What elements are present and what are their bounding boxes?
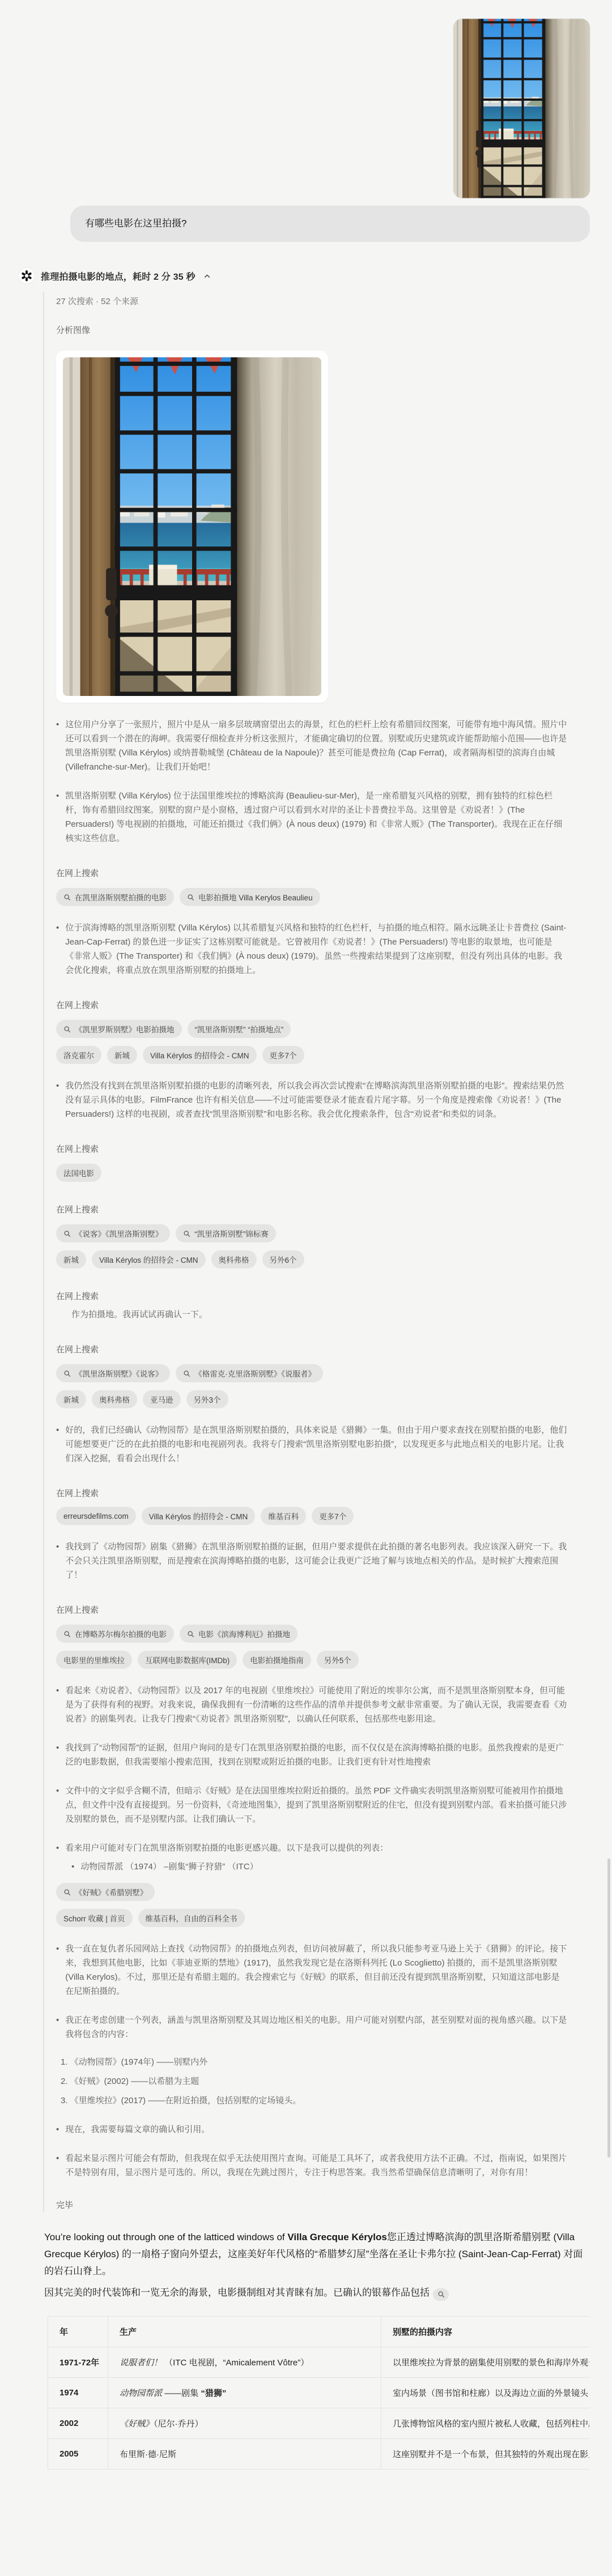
source-label: Villa Kérylos 的招待会 - CMN — [150, 1049, 249, 1061]
table-row: 2002《好贼》（尼尔·乔丹）几张博物馆风格的室内照片被私人收藏，包括列柱中庭 — [48, 2408, 590, 2439]
user-question-text: 有哪些电影在这里拍摄? — [85, 218, 186, 229]
cell-villa-content: 室内场景（图书馆和柱廊）以及海边立面的外景镜头 — [381, 2378, 590, 2408]
numbered-list-item: 1. 《动物园帮》(1974年) ——别墅内外 — [56, 2055, 583, 2069]
table-header-cell: 年 — [48, 2317, 108, 2347]
source-chip[interactable]: 更多7个 — [262, 1046, 304, 1064]
reasoning-bullet: •看起来《劝说者》、《动物园帮》以及 2017 年的电视剧《里维埃拉》可能使用了… — [56, 1684, 567, 1726]
search-query-chips-row: 在凯里洛斯别墅拍摄的电影电影拍摄地 Villa Kerylos Beaulieu — [56, 888, 583, 906]
source-label: Villa Kérylos 的招待会 - CMN — [99, 1254, 198, 1265]
source-label: Schorr 收藏 | 首页 — [63, 1912, 125, 1924]
search-icon — [187, 1630, 194, 1638]
search-icon — [187, 894, 194, 901]
reasoning-title: 推理拍摄电影的地点，耗时 2 分 35 秒 — [41, 270, 195, 283]
cell-production: 说服者们！ （ITC 电视剧，“Amicalement Vôtre”） — [108, 2347, 381, 2378]
reasoning-done-label: 完毕 — [56, 2199, 583, 2211]
search-query-chip[interactable]: 《说客》《凯里洛斯别墅》 — [56, 1224, 170, 1242]
source-label: 维基百科，自由的百科全书 — [146, 1912, 237, 1924]
source-chip[interactable]: 电影里的里维埃拉 — [56, 1651, 132, 1669]
bullet-dot-icon: • — [56, 1423, 59, 1466]
search-icon — [183, 1230, 190, 1237]
source-label: 互联网电影数据库(IMDb) — [145, 1654, 229, 1665]
source-label: 新城 — [63, 1394, 79, 1405]
search-icon — [183, 1370, 190, 1377]
bullet-dot-icon: • — [56, 921, 59, 977]
search-icon — [63, 1026, 71, 1033]
search-query-label: 在凯里洛斯别墅拍摄的电影 — [75, 891, 167, 903]
cell-production: 《好贼》（尼尔·乔丹） — [108, 2408, 381, 2439]
search-query-chip[interactable]: 电影《滨海博利厄》拍摄地 — [180, 1625, 297, 1643]
assistant-logo-icon — [19, 268, 35, 284]
source-chip[interactable]: 另外3个 — [186, 1390, 228, 1408]
search-query-chips-row: 《好贼》《希腊别墅》 — [56, 1883, 583, 1901]
web-search-section-label: 在网上搜索 — [56, 1604, 583, 1616]
source-label: erreursdefilms.com — [63, 1512, 129, 1520]
reasoning-bullet-text: 位于滨海博略的凯里洛斯别墅 (Villa Kérylos) 以其希腊复兴风格和独… — [65, 921, 567, 977]
reasoning-bullet-text: 现在，我需要每篇文章的确认和引用。 — [65, 2122, 210, 2137]
source-label: 另外5个 — [324, 1654, 351, 1665]
source-label: 另外6个 — [270, 1254, 297, 1265]
search-icon — [63, 1630, 71, 1638]
cell-year: 2005 — [48, 2439, 108, 2470]
reasoning-bullet-text: 我仍然没有找到在凯里洛斯别墅拍摄的电影的清晰列表，所以我会再次尝试搜索“在博略滨… — [65, 1079, 567, 1121]
source-chip[interactable]: Villa Kérylos 的招待会 - CMN — [143, 1046, 257, 1064]
source-chip[interactable]: 维基百科，自由的百科全书 — [138, 1909, 245, 1927]
bullet-dot-icon: • — [71, 1860, 74, 1874]
reasoning-bullet-text: 文件中的文字似乎含糊不清，但暗示《好贼》是在法国里维埃拉附近拍摄的。虽然 PDF… — [65, 1784, 567, 1826]
source-chips-row: 洛克霍尔新城Villa Kérylos 的招待会 - CMN更多7个 — [56, 1046, 583, 1064]
source-chips-row: erreursdefilms.comVilla Kérylos 的招待会 - C… — [56, 1507, 583, 1525]
production-episode: “猎狮” — [201, 2389, 226, 2398]
reasoning-bullet: •我仍然没有找到在凯里洛斯别墅拍摄的电影的清晰列表，所以我会再次尝试搜索“在博略… — [56, 1079, 567, 1121]
production-detail: ——剧集 — [162, 2389, 201, 2398]
source-label: 另外3个 — [194, 1394, 221, 1405]
reasoning-bullet-text: 我找到了“动物园帮”的证据，但用户询问的是专门在凯里洛别墅拍摄的电影，而不仅仅是… — [65, 1741, 567, 1769]
reasoning-bullet-text: 凯里洛斯别墅 (Villa Kérylos) 位于法国里维埃拉的博略滨海 (Be… — [65, 789, 567, 845]
source-chip[interactable]: 互联网电影数据库(IMDb) — [138, 1651, 237, 1669]
assistant-answer: You’re looking out through one of the la… — [44, 2229, 589, 2301]
reasoning-bullet-text: 我一直在复仇者乐园网站上查找《动物园帮》的拍摄地点列表，但访问被屏蔽了，所以我只… — [65, 1942, 567, 1998]
search-query-chips-row: 在博略苏尔梅尔拍摄的电影电影《滨海博利厄》拍摄地 — [56, 1625, 583, 1643]
search-query-chip[interactable]: 在博略苏尔梅尔拍摄的电影 — [56, 1625, 174, 1643]
bullet-dot-icon: • — [56, 2013, 59, 2041]
search-icon — [63, 894, 71, 901]
source-chip[interactable]: 新城 — [56, 1390, 86, 1408]
reasoning-sub-bullet: •动物园帮派 （1974） –剧集“狮子狩猎” （ITC） — [71, 1860, 583, 1874]
search-query-label: 在博略苏尔梅尔拍摄的电影 — [75, 1628, 167, 1639]
search-query-chip[interactable]: 电影拍摄地 Villa Kerylos Beaulieu — [180, 888, 320, 906]
production-title: 说服者们！ — [120, 2358, 162, 2368]
production-title: 动物园帮派 — [120, 2389, 162, 2398]
cell-production: 布里斯·德·尼斯 — [108, 2439, 381, 2470]
answer-intro-en: You’re looking out through one of the la… — [44, 2232, 287, 2242]
source-label: 洛克霍尔 — [63, 1049, 94, 1061]
reasoning-bullet: •这位用户分享了一张照片，照片中是从一扇多层玻璃窗望出去的海景，红色的栏杆上绘有… — [56, 717, 567, 774]
search-query-label: “凯里洛斯别墅”锦标赛 — [194, 1228, 269, 1239]
bullet-dot-icon: • — [56, 1079, 59, 1121]
reasoning-bullet-text: 我正在考虑创建一个列表，涵盖与凯里洛斯别墅及其周边地区相关的电影。用户可能对别墅… — [65, 2013, 567, 2041]
reasoning-bullet-text: 看起来显示图片可能会有帮助，但我现在似乎无法使用图片查询。可能是工具坏了，或者我… — [65, 2151, 567, 2180]
reasoning-bullet: •我找到了《动物园帮》剧集《猎狮》在凯里洛斯别墅拍摄的证据，但用户要求提供在此拍… — [56, 1540, 567, 1582]
source-chip[interactable]: 另外6个 — [262, 1250, 304, 1268]
source-chip[interactable]: Villa Kérylos 的招待会 - CMN — [92, 1250, 206, 1268]
source-chip[interactable]: 新城 — [56, 1250, 86, 1268]
search-query-label: 法国电影 — [63, 1167, 94, 1178]
reasoning-bullet: •看起来显示图片可能会有帮助，但我现在似乎无法使用图片查询。可能是工具坏了，或者… — [56, 2151, 567, 2180]
reasoning-timeline: 27 次搜索 · 52 个来源 分析图像 •这位用户分享了一张照片，照片中是从一… — [43, 292, 583, 2212]
reasoning-bullet: •文件中的文字似乎含糊不清，但暗示《好贼》是在法国里维埃拉附近拍摄的。虽然 PD… — [56, 1784, 567, 1826]
source-label: 奥科弗格 — [99, 1394, 130, 1405]
source-chips-row: Schorr 收藏 | 首页维基百科，自由的百科全书 — [56, 1909, 583, 1927]
window-sea-view-photo — [453, 19, 590, 198]
numbered-list-item: 3. 《里维埃拉》(2017) ——在附近拍摄，包括别墅的定场镜头。 — [56, 2094, 583, 2108]
web-search-section-label: 在网上搜索 — [56, 999, 583, 1011]
cell-year: 2002 — [48, 2408, 108, 2439]
reasoning-fragment-text: 作为拍摄地。我再试试再确认一下。 — [56, 1308, 583, 1322]
bullet-dot-icon: • — [56, 2122, 59, 2137]
search-query-chip[interactable]: 《凯里罗斯别墅》电影拍摄地 — [56, 1020, 182, 1038]
web-search-section-label: 在网上搜索 — [56, 1203, 583, 1215]
search-icon — [63, 1230, 71, 1237]
bullet-dot-icon: • — [56, 1741, 59, 1769]
user-uploaded-image[interactable] — [453, 19, 590, 198]
bullet-dot-icon: • — [56, 717, 59, 774]
bullet-dot-icon: • — [56, 789, 59, 845]
bullet-dot-icon: • — [56, 2151, 59, 2180]
search-query-label: 《好贼》《希腊别墅》 — [75, 1886, 147, 1898]
source-chip[interactable]: 奥科弗格 — [211, 1250, 257, 1268]
reasoning-bullet: •好的，我们已经确认《动物园帮》是在凯里洛斯别墅拍摄的，具体来说是《猎狮》一集。… — [56, 1423, 567, 1466]
bullet-dot-icon: • — [56, 1841, 59, 1855]
search-query-label: 《凯里洛斯别墅》《说客》 — [75, 1368, 163, 1379]
production-detail: （尼尔·乔丹） — [154, 2419, 203, 2429]
answer-line2: 因其完美的时代装饰和一览无余的海景，电影摄制组对其青睐有加。已确认的银幕作品包括 — [44, 2287, 430, 2298]
analyzed-image — [63, 357, 321, 696]
search-source-count: 27 次搜索 · 52 个来源 — [56, 295, 583, 307]
source-label: 电影里的里维埃拉 — [63, 1654, 125, 1665]
source-chip[interactable]: 新城 — [107, 1046, 137, 1064]
search-query-chip[interactable]: “凯里洛斯别墅”锦标赛 — [176, 1224, 276, 1242]
source-label: 电影拍摄地指南 — [250, 1654, 304, 1665]
table-row: 1971-72年说服者们！ （ITC 电视剧，“Amicalement Vôtr… — [48, 2347, 590, 2378]
source-label: 新城 — [63, 1254, 79, 1265]
search-query-label: 电影拍摄地 Villa Kerylos Beaulieu — [198, 891, 313, 903]
reasoning-header[interactable]: 推理拍摄电影的地点，耗时 2 分 35 秒 — [19, 268, 612, 284]
analysis-step-label: 分析图像 — [56, 324, 583, 336]
source-label: 奥科弗格 — [219, 1254, 249, 1265]
source-label: 更多7个 — [270, 1049, 297, 1061]
reasoning-numbered-list: 1. 《动物园帮》(1974年) ——别墅内外2. 《好贼》(2002) ——以… — [56, 2055, 583, 2108]
source-chip[interactable]: 维基百科 — [261, 1507, 306, 1525]
source-chips-row: 新城奥科弗格亚马逊另外3个 — [56, 1390, 583, 1408]
production-detail: 布里斯·德·尼斯 — [120, 2450, 176, 2459]
web-search-section-label: 在网上搜索 — [56, 1143, 583, 1155]
reasoning-bullet: •我找到了“动物园帮”的证据，但用户询问的是专门在凯里洛别墅拍摄的电影，而不仅仅… — [56, 1741, 567, 1769]
production-title: 《好贼》 — [120, 2419, 154, 2429]
cell-villa-content: 这座别墅并不是一个布景，但其独特的外观出现在影片中 — [381, 2439, 590, 2470]
page-scrollbar-thumb[interactable] — [607, 1859, 610, 2158]
timeline-blocks: 分析图像 •这位用户分享了一张照片，照片中是从一扇多层玻璃窗望出去的海景，红色的… — [56, 324, 583, 2211]
cell-villa-content: 几张博物馆风格的室内照片被私人收藏，包括列柱中庭 — [381, 2408, 590, 2439]
answer-villa-name: Villa Grecque Kérylos — [287, 2232, 386, 2242]
search-query-chips-row: 《凯里洛斯别墅》《说客》《格雷克·克里洛斯别墅》《说服者》 — [56, 1364, 583, 1382]
production-detail: （ITC 电视剧，“Amicalement Vôtre”） — [162, 2358, 309, 2368]
source-chip[interactable]: 更多7个 — [312, 1507, 354, 1525]
bullet-dot-icon: • — [56, 1684, 59, 1726]
search-query-label: 《格雷克·克里洛斯别墅》《说服者》 — [194, 1368, 316, 1379]
reasoning-bullet: •位于滨海博略的凯里洛斯别墅 (Villa Kérylos) 以其希腊复兴风格和… — [56, 921, 567, 977]
search-query-label: “凯里洛斯别墅” “拍摄地点” — [195, 1023, 284, 1035]
source-label: 亚马逊 — [150, 1394, 173, 1405]
source-chip[interactable]: 洛克霍尔 — [56, 1046, 101, 1064]
reasoning-bullet: •凯里洛斯别墅 (Villa Kérylos) 位于法国里维埃拉的博略滨海 (B… — [56, 789, 567, 845]
source-label: Villa Kérylos 的招待会 - CMN — [149, 1510, 248, 1522]
table-row: 2005布里斯·德·尼斯这座别墅并不是一个布景，但其独特的外观出现在影片中 — [48, 2439, 590, 2470]
films-table: 年生产别墅的拍摄内容 1971-72年说服者们！ （ITC 电视剧，“Amica… — [48, 2316, 589, 2470]
reasoning-bullet-text: 看起来《劝说者》、《动物园帮》以及 2017 年的电视剧《里维埃拉》可能使用了附… — [65, 1684, 567, 1726]
reasoning-bullet-text: 我找到了《动物园帮》剧集《猎狮》在凯里洛斯别墅拍摄的证据，但用户要求提供在此拍摄… — [65, 1540, 567, 1582]
web-search-section-label: 在网上搜索 — [56, 1487, 583, 1499]
source-chip[interactable]: erreursdefilms.com — [56, 1507, 136, 1525]
search-icon — [437, 2291, 445, 2298]
films-table-container[interactable]: 年生产别墅的拍摄内容 1971-72年说服者们！ （ITC 电视剧，“Amica… — [48, 2316, 589, 2470]
cell-year: 1971-72年 — [48, 2347, 108, 2378]
answer-paragraph-1: You’re looking out through one of the la… — [44, 2229, 589, 2280]
source-chip[interactable]: 另外5个 — [317, 1651, 359, 1669]
bullet-dot-icon: • — [56, 1784, 59, 1826]
source-chip[interactable]: 奥科弗格 — [92, 1390, 137, 1408]
source-chip[interactable]: Villa Kérylos 的招待会 - CMN — [142, 1507, 256, 1525]
reasoning-bullet: •我正在考虑创建一个列表，涵盖与凯里洛斯别墅及其周边地区相关的电影。用户可能对别… — [56, 2013, 567, 2041]
chevron-up-icon[interactable] — [203, 272, 211, 280]
search-query-label: 《凯里罗斯别墅》电影拍摄地 — [75, 1023, 175, 1035]
search-query-chip[interactable]: 《凯里洛斯别墅》《说客》 — [56, 1364, 170, 1382]
search-query-chips-row: 法国电影 — [56, 1164, 583, 1182]
source-label: 维基百科 — [268, 1510, 299, 1522]
reasoning-bullet-text: 看来用户可能对专门在凯里洛斯别墅拍摄的电影更感兴趣。以下是我可以提供的列表： — [65, 1841, 388, 1855]
source-label: 更多7个 — [319, 1510, 346, 1522]
cell-villa-content: 以里维埃拉为背景的剧集使用别墅的景色和海岸外观作为背景 — [381, 2347, 590, 2378]
search-query-chips-row: 《凯里罗斯别墅》电影拍摄地“凯里洛斯别墅” “拍摄地点” — [56, 1020, 583, 1038]
window-sea-view-photo — [63, 357, 321, 696]
user-message-bubble: 有哪些电影在这里拍摄? — [70, 206, 590, 242]
table-header-cell: 别墅的拍摄内容 — [381, 2317, 590, 2347]
search-query-chip[interactable]: “凯里洛斯别墅” “拍摄地点” — [188, 1020, 291, 1038]
search-query-chips-row: 《说客》《凯里洛斯别墅》“凯里洛斯别墅”锦标赛 — [56, 1224, 583, 1242]
reasoning-sub-bullet-text: 动物园帮派 （1974） –剧集“狮子狩猎” （ITC） — [80, 1860, 258, 1874]
source-chip[interactable]: 亚马逊 — [143, 1390, 181, 1408]
source-chips-row: 电影里的里维埃拉互联网电影数据库(IMDb)电影拍摄地指南另外5个 — [56, 1651, 583, 1669]
source-chips-row: 新城Villa Kérylos 的招待会 - CMN奥科弗格另外6个 — [56, 1250, 583, 1268]
cell-production: 动物园帮派 ——剧集 “猎狮” — [108, 2378, 381, 2408]
reasoning-bullet-text: 这位用户分享了一张照片，照片中是从一扇多层玻璃窗望出去的海景，红色的栏杆上绘有希… — [65, 717, 567, 774]
table-body: 1971-72年说服者们！ （ITC 电视剧，“Amicalement Vôtr… — [48, 2347, 590, 2470]
analyzed-image-card[interactable] — [56, 351, 328, 703]
reasoning-bullet: •现在，我需要每篇文章的确认和引用。 — [56, 2122, 567, 2137]
cell-year: 1974 — [48, 2378, 108, 2408]
search-query-label: 电影《滨海博利厄》拍摄地 — [198, 1628, 290, 1639]
reasoning-bullet-text: 好的，我们已经确认《动物园帮》是在凯里洛斯别墅拍摄的，具体来说是《猎狮》一集。但… — [65, 1423, 567, 1466]
table-header-row: 年生产别墅的拍摄内容 — [48, 2317, 590, 2347]
citation-search-chip[interactable] — [433, 2288, 449, 2301]
bullet-dot-icon: • — [56, 1540, 59, 1582]
source-chip[interactable]: 电影拍摄地指南 — [243, 1651, 311, 1669]
numbered-list-item: 2. 《好贼》(2002) ——以希腊为主题 — [56, 2074, 583, 2088]
search-icon — [63, 1889, 71, 1896]
table-row: 1974动物园帮派 ——剧集 “猎狮”室内场景（图书馆和柱廊）以及海边立面的外景… — [48, 2378, 590, 2408]
user-message-row: 有哪些电影在这里拍摄? — [70, 206, 590, 242]
web-search-section-label: 在网上搜索 — [56, 867, 583, 879]
search-icon — [63, 1370, 71, 1377]
reasoning-bullet: •看来用户可能对专门在凯里洛斯别墅拍摄的电影更感兴趣。以下是我可以提供的列表： — [56, 1841, 567, 1855]
search-query-chip[interactable]: 法国电影 — [56, 1164, 101, 1182]
search-query-chip[interactable]: 《格雷克·克里洛斯别墅》《说服者》 — [176, 1364, 323, 1382]
source-label: 新城 — [114, 1049, 130, 1061]
web-search-section-label: 在网上搜索 — [56, 1343, 583, 1355]
search-query-chip[interactable]: 在凯里洛斯别墅拍摄的电影 — [56, 888, 174, 906]
answer-paragraph-2: 因其完美的时代装饰和一览无余的海景，电影摄制组对其青睐有加。已确认的银幕作品包括 — [44, 2284, 589, 2301]
source-chip[interactable]: Schorr 收藏 | 首页 — [56, 1909, 133, 1927]
search-query-chip[interactable]: 《好贼》《希腊别墅》 — [56, 1883, 155, 1901]
reasoning-bullet: •我一直在复仇者乐园网站上查找《动物园帮》的拍摄地点列表，但访问被屏蔽了，所以我… — [56, 1942, 567, 1998]
search-query-label: 《说客》《凯里洛斯别墅》 — [75, 1228, 163, 1239]
table-header-cell: 生产 — [108, 2317, 381, 2347]
web-search-section-label: 在网上搜索 — [56, 1290, 583, 1302]
user-message-attachments — [0, 0, 612, 198]
bullet-dot-icon: • — [56, 1942, 59, 1998]
